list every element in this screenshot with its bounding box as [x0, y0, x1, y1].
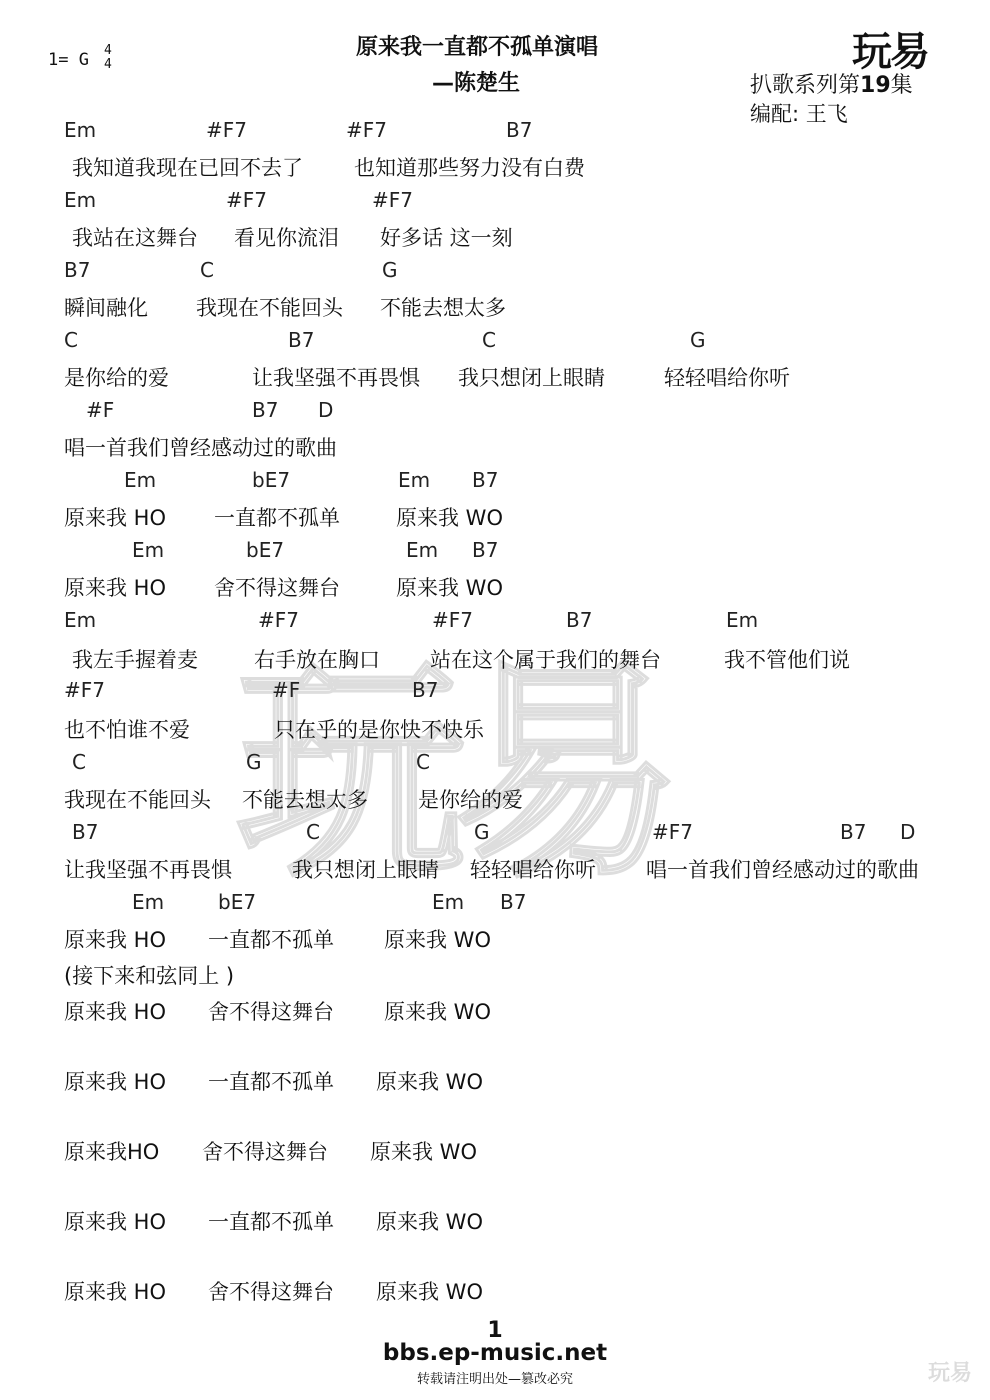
lyric-segment: 轻轻唱给你听	[664, 362, 790, 392]
lyric-segment: 原来我 HO	[64, 996, 166, 1026]
chord-symbol: B7	[252, 398, 278, 422]
chord-symbol: Em	[398, 468, 430, 492]
lyric-segment: 舍不得这舞台	[208, 996, 334, 1026]
arranger-credit: 编配: 王飞	[750, 98, 848, 128]
chord-symbol: C	[482, 328, 496, 352]
chord-symbol: Em	[132, 890, 164, 914]
chord-symbol: G	[246, 750, 262, 774]
series-suffix: 集	[891, 73, 913, 98]
time-signature-bottom: 4	[104, 58, 112, 72]
lyric-segment: 原来我 HO	[64, 1206, 166, 1236]
chord-symbol: Em	[124, 468, 156, 492]
lyric-segment: 舍不得这舞台	[214, 572, 340, 602]
chord-symbol: C	[416, 750, 430, 774]
lyric-segment: 让我坚强不再畏惧	[64, 854, 232, 884]
lyric-segment: 原来我 WO	[370, 1136, 477, 1166]
chord-symbol: bE7	[218, 890, 256, 914]
chord-symbol: #F7	[372, 188, 413, 212]
chord-symbol: B7	[288, 328, 314, 352]
chord-symbol: #F7	[226, 188, 267, 212]
lyric-segment: 原来我 WO	[376, 1206, 483, 1236]
lyric-segment: 好多话 这一刻	[380, 222, 513, 252]
lyric-segment: 让我坚强不再畏惧	[252, 362, 420, 392]
chord-symbol: #F7	[64, 678, 105, 702]
chord-symbol: G	[474, 820, 490, 844]
lyric-segment: 唱一首我们曾经感动过的歌曲	[64, 432, 337, 462]
chord-symbol: B7	[64, 258, 90, 282]
chord-symbol: Em	[64, 118, 96, 142]
chord-symbol: G	[382, 258, 398, 282]
lyric-segment: 我只想闭上眼睛	[292, 854, 439, 884]
lyric-segment: 是你给的爱	[64, 362, 169, 392]
lyric-segment: 原来我 HO	[64, 1276, 166, 1306]
chord-symbol: B7	[472, 538, 498, 562]
copyright-notice: 转载请注明出处—篡改必究	[0, 1368, 990, 1387]
lyric-segment: 我现在不能回头	[196, 292, 343, 322]
time-signature: 4 4	[104, 44, 112, 72]
chord-symbol: #F	[272, 678, 300, 702]
chord-symbol: Em	[726, 608, 758, 632]
lyric-segment: (接下来和弦同上 )	[64, 960, 234, 990]
time-signature-top: 4	[104, 44, 112, 58]
corner-logo: 玩易	[928, 1356, 972, 1387]
chord-symbol: #F7	[206, 118, 247, 142]
lyric-segment: 原来我HO	[64, 1136, 159, 1166]
song-title: 原来我一直都不孤单演唱	[356, 30, 598, 61]
lyric-segment: 瞬间融化	[64, 292, 148, 322]
lyric-segment: 舍不得这舞台	[202, 1136, 328, 1166]
lyric-segment: 看见你流泪	[234, 222, 339, 252]
lyric-segment: 站在这个属于我们的舞台	[430, 644, 661, 674]
lyric-segment: 我只想闭上眼睛	[458, 362, 605, 392]
lyric-segment: 原来我 WO	[384, 924, 491, 954]
chord-symbol: Em	[64, 608, 96, 632]
chord-symbol: G	[690, 328, 706, 352]
lyric-segment: 只在乎的是你快不快乐	[274, 714, 484, 744]
artist-name: —陈楚生	[432, 66, 520, 97]
lyric-segment: 我不管他们说	[724, 644, 850, 674]
chord-symbol: B7	[566, 608, 592, 632]
lyric-segment: 原来我 WO	[376, 1276, 483, 1306]
series-prefix: 扒歌系列第	[750, 73, 860, 98]
chord-symbol: B7	[412, 678, 438, 702]
lyric-segment: 原来我 WO	[384, 996, 491, 1026]
chord-symbol: Em	[406, 538, 438, 562]
chord-symbol: B7	[72, 820, 98, 844]
lyric-segment: 一直都不孤单	[208, 1066, 334, 1096]
chord-symbol: C	[64, 328, 78, 352]
series-number: 19	[860, 73, 891, 98]
lyric-segment: 我知道我现在已回不去了	[72, 152, 303, 182]
chord-symbol: B7	[500, 890, 526, 914]
chord-symbol: #F7	[652, 820, 693, 844]
lyric-segment: 原来我 WO	[376, 1066, 483, 1096]
lyric-segment: 原来我 HO	[64, 1066, 166, 1096]
sheet-page: 1= G 4 4 原来我一直都不孤单演唱 —陈楚生 玩易 扒歌系列第19集 编配…	[0, 0, 990, 1400]
chord-symbol: bE7	[252, 468, 290, 492]
chord-symbol: Em	[432, 890, 464, 914]
chord-symbol: C	[200, 258, 214, 282]
lyric-segment: 原来我 HO	[64, 924, 166, 954]
series-label: 扒歌系列第19集	[750, 68, 913, 99]
chord-symbol: B7	[506, 118, 532, 142]
lyric-segment: 原来我 WO	[396, 572, 503, 602]
lyric-segment: 我站在这舞台	[72, 222, 198, 252]
lyric-segment: 不能去想太多	[242, 784, 368, 814]
lyric-segment: 是你给的爱	[418, 784, 523, 814]
chord-symbol: bE7	[246, 538, 284, 562]
lyric-segment: 也知道那些努力没有白费	[354, 152, 585, 182]
lyric-segment: 一直都不孤单	[208, 924, 334, 954]
site-url: bbs.ep-music.net	[0, 1340, 990, 1366]
chord-symbol: B7	[840, 820, 866, 844]
lyric-segment: 舍不得这舞台	[208, 1276, 334, 1306]
key-signature: 1= G	[48, 50, 89, 70]
chord-symbol: D	[900, 820, 915, 844]
chord-symbol: C	[306, 820, 320, 844]
lyric-segment: 一直都不孤单	[208, 1206, 334, 1236]
chord-symbol: D	[318, 398, 333, 422]
lyric-segment: 不能去想太多	[380, 292, 506, 322]
lyric-segment: 原来我 HO	[64, 572, 166, 602]
chord-symbol: #F7	[346, 118, 387, 142]
lyric-segment: 我左手握着麦	[72, 644, 198, 674]
lyric-segment: 也不怕谁不爱	[64, 714, 190, 744]
lyric-segment: 我现在不能回头	[64, 784, 211, 814]
chord-symbol: Em	[132, 538, 164, 562]
chord-symbol: #F7	[258, 608, 299, 632]
chord-symbol: C	[72, 750, 86, 774]
chord-symbol: #F7	[432, 608, 473, 632]
lyric-segment: 原来我 WO	[396, 502, 503, 532]
chord-symbol: B7	[472, 468, 498, 492]
lyric-segment: 一直都不孤单	[214, 502, 340, 532]
lyric-segment: 右手放在胸口	[254, 644, 380, 674]
lyric-segment: 唱一首我们曾经感动过的歌曲	[646, 854, 919, 884]
chord-symbol: Em	[64, 188, 96, 212]
lyric-segment: 轻轻唱给你听	[470, 854, 596, 884]
lyric-segment: 原来我 HO	[64, 502, 166, 532]
chord-symbol: #F	[86, 398, 114, 422]
